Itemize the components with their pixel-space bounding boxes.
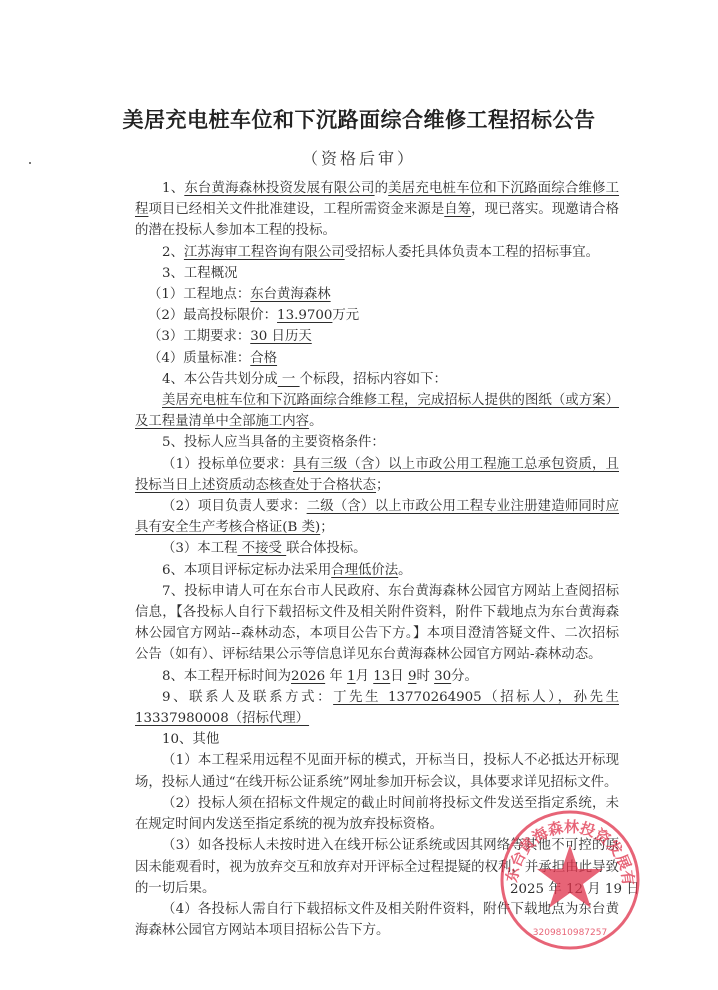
text: 6、本项目评标定标办法采用 [162, 563, 331, 578]
text: ； [376, 478, 389, 493]
open-minute: 30 [434, 669, 451, 684]
text: 日 [390, 669, 403, 684]
text: 的 [375, 181, 389, 196]
text: 个标段，招标内容如下： [300, 372, 447, 387]
text: 9、联系人及联系方式： [162, 690, 333, 705]
content: 美居充电桩车位和下沉路面综合维修工程，完成招标人提供的图纸（或方案）及工程量清单… [135, 393, 619, 429]
document-subtitle: （资格后审） [0, 146, 718, 169]
tenderer-name: 东台黄海森林投资发展有限公司 [184, 181, 374, 196]
open-year: 2026 [291, 669, 325, 684]
label: （1）工程地点： [148, 287, 250, 302]
text: 联合体投标。 [286, 541, 366, 556]
project-location: （1）工程地点：东台黄海森林 [135, 284, 619, 305]
unit: 万元 [332, 308, 359, 323]
section-9: 9、联系人及联系方式：丁先生 13770264905（招标人），孙先生 1333… [135, 687, 619, 729]
evaluation-method: 合理低价法 [331, 563, 398, 578]
open-month: 1 [347, 669, 356, 684]
label: （1）投标单位要求： [162, 457, 293, 472]
svg-text:3209810987257: 3209810987257 [533, 928, 607, 938]
text: 时 [416, 669, 429, 684]
text: 月 [356, 669, 369, 684]
value: 13.9700 [277, 308, 332, 323]
label: （3）工期要求： [148, 329, 250, 344]
value: 东台黄海森林 [250, 287, 330, 302]
section-6: 6、本项目评标定标办法采用合理低价法。 [135, 560, 619, 581]
text: 4、本公告共划分成 [162, 372, 278, 387]
section-8: 8、本工程开标时间为2026 年 1月 13日 9时 30分。 [135, 666, 619, 687]
section-1: 1、东台黄海森林投资发展有限公司的美居充电桩车位和下沉路面综合维修工程项目已经相… [135, 178, 619, 242]
text: 年 [329, 669, 342, 684]
consortium-requirement: （3）本工程 不接受 联合体投标。 [135, 538, 619, 559]
fund-source: 自筹 [444, 202, 471, 217]
quality-standard: （4）质量标准：合格 [135, 348, 619, 369]
company-seal-icon: 东台黄海森林投资发展有限公司 3209810987257 [497, 807, 643, 953]
label: （2）项目负责人要求： [162, 499, 307, 514]
open-day: 13 [373, 669, 390, 684]
agent-name: 江苏海审工程咨询有限公司 [184, 245, 345, 260]
bidder-requirement: （1）投标单位要求：具有三级（含）以上市政公用工程施工总承包资质，且投标当日上述… [135, 454, 619, 496]
value: 30 日历天 [250, 329, 311, 344]
duration: （3）工期要求：30 日历天 [135, 326, 619, 347]
label: （3）本工程 [162, 541, 237, 556]
text: 受招标人委托具体负责本工程的招标事宜。 [345, 245, 599, 260]
section-5-heading: 5、投标人应当具备的主要资格条件： [135, 432, 619, 453]
value: 不接受 [237, 541, 286, 556]
section-2: 2、江苏海审工程咨询有限公司受招标人委托具体负责本工程的招标事宜。 [135, 242, 619, 263]
label: （4）质量标准： [148, 351, 250, 366]
manager-requirement: （2）项目负责人要求：二级（含）以上市政公用工程专业注册建造师同时应具有安全生产… [135, 496, 619, 538]
section-7: 7、投标申请人可在东台市人民政府、东台黄海森林公园官方网站上查阅招标信息，【各投… [135, 581, 619, 666]
section-4: 4、本公告共划分成 一 个标段，招标内容如下： [135, 369, 619, 390]
section-number: 2、 [162, 245, 184, 260]
max-bid-price: （2）最高投标限价：13.9700万元 [135, 305, 619, 326]
section-3-heading: 3、工程概况 [135, 263, 619, 284]
text: 。 [309, 414, 322, 429]
lot-count: 一 [278, 372, 300, 387]
document-title: 美居充电桩车位和下沉路面综合维修工程招标公告 [0, 104, 718, 134]
section-number: 1、 [162, 181, 184, 196]
tender-content: 美居充电桩车位和下沉路面综合维修工程，完成招标人提供的图纸（或方案）及工程量清单… [135, 390, 619, 432]
label: （2）最高投标限价： [148, 308, 277, 323]
section-10-heading: 10、其他 [135, 729, 619, 750]
text: 。 [398, 563, 411, 578]
text: ； [320, 520, 333, 535]
text: 8、本工程开标时间为 [162, 669, 291, 684]
value: 合格 [250, 351, 277, 366]
text: 分。 [451, 669, 478, 684]
other-item-1: （1）本工程采用远程不见面开标的模式，开标当日，投标人不必抵达开标现场，投标人通… [135, 750, 619, 792]
text: 项目已经相关文件批准建设，工程所需资金来源是 [148, 202, 444, 217]
